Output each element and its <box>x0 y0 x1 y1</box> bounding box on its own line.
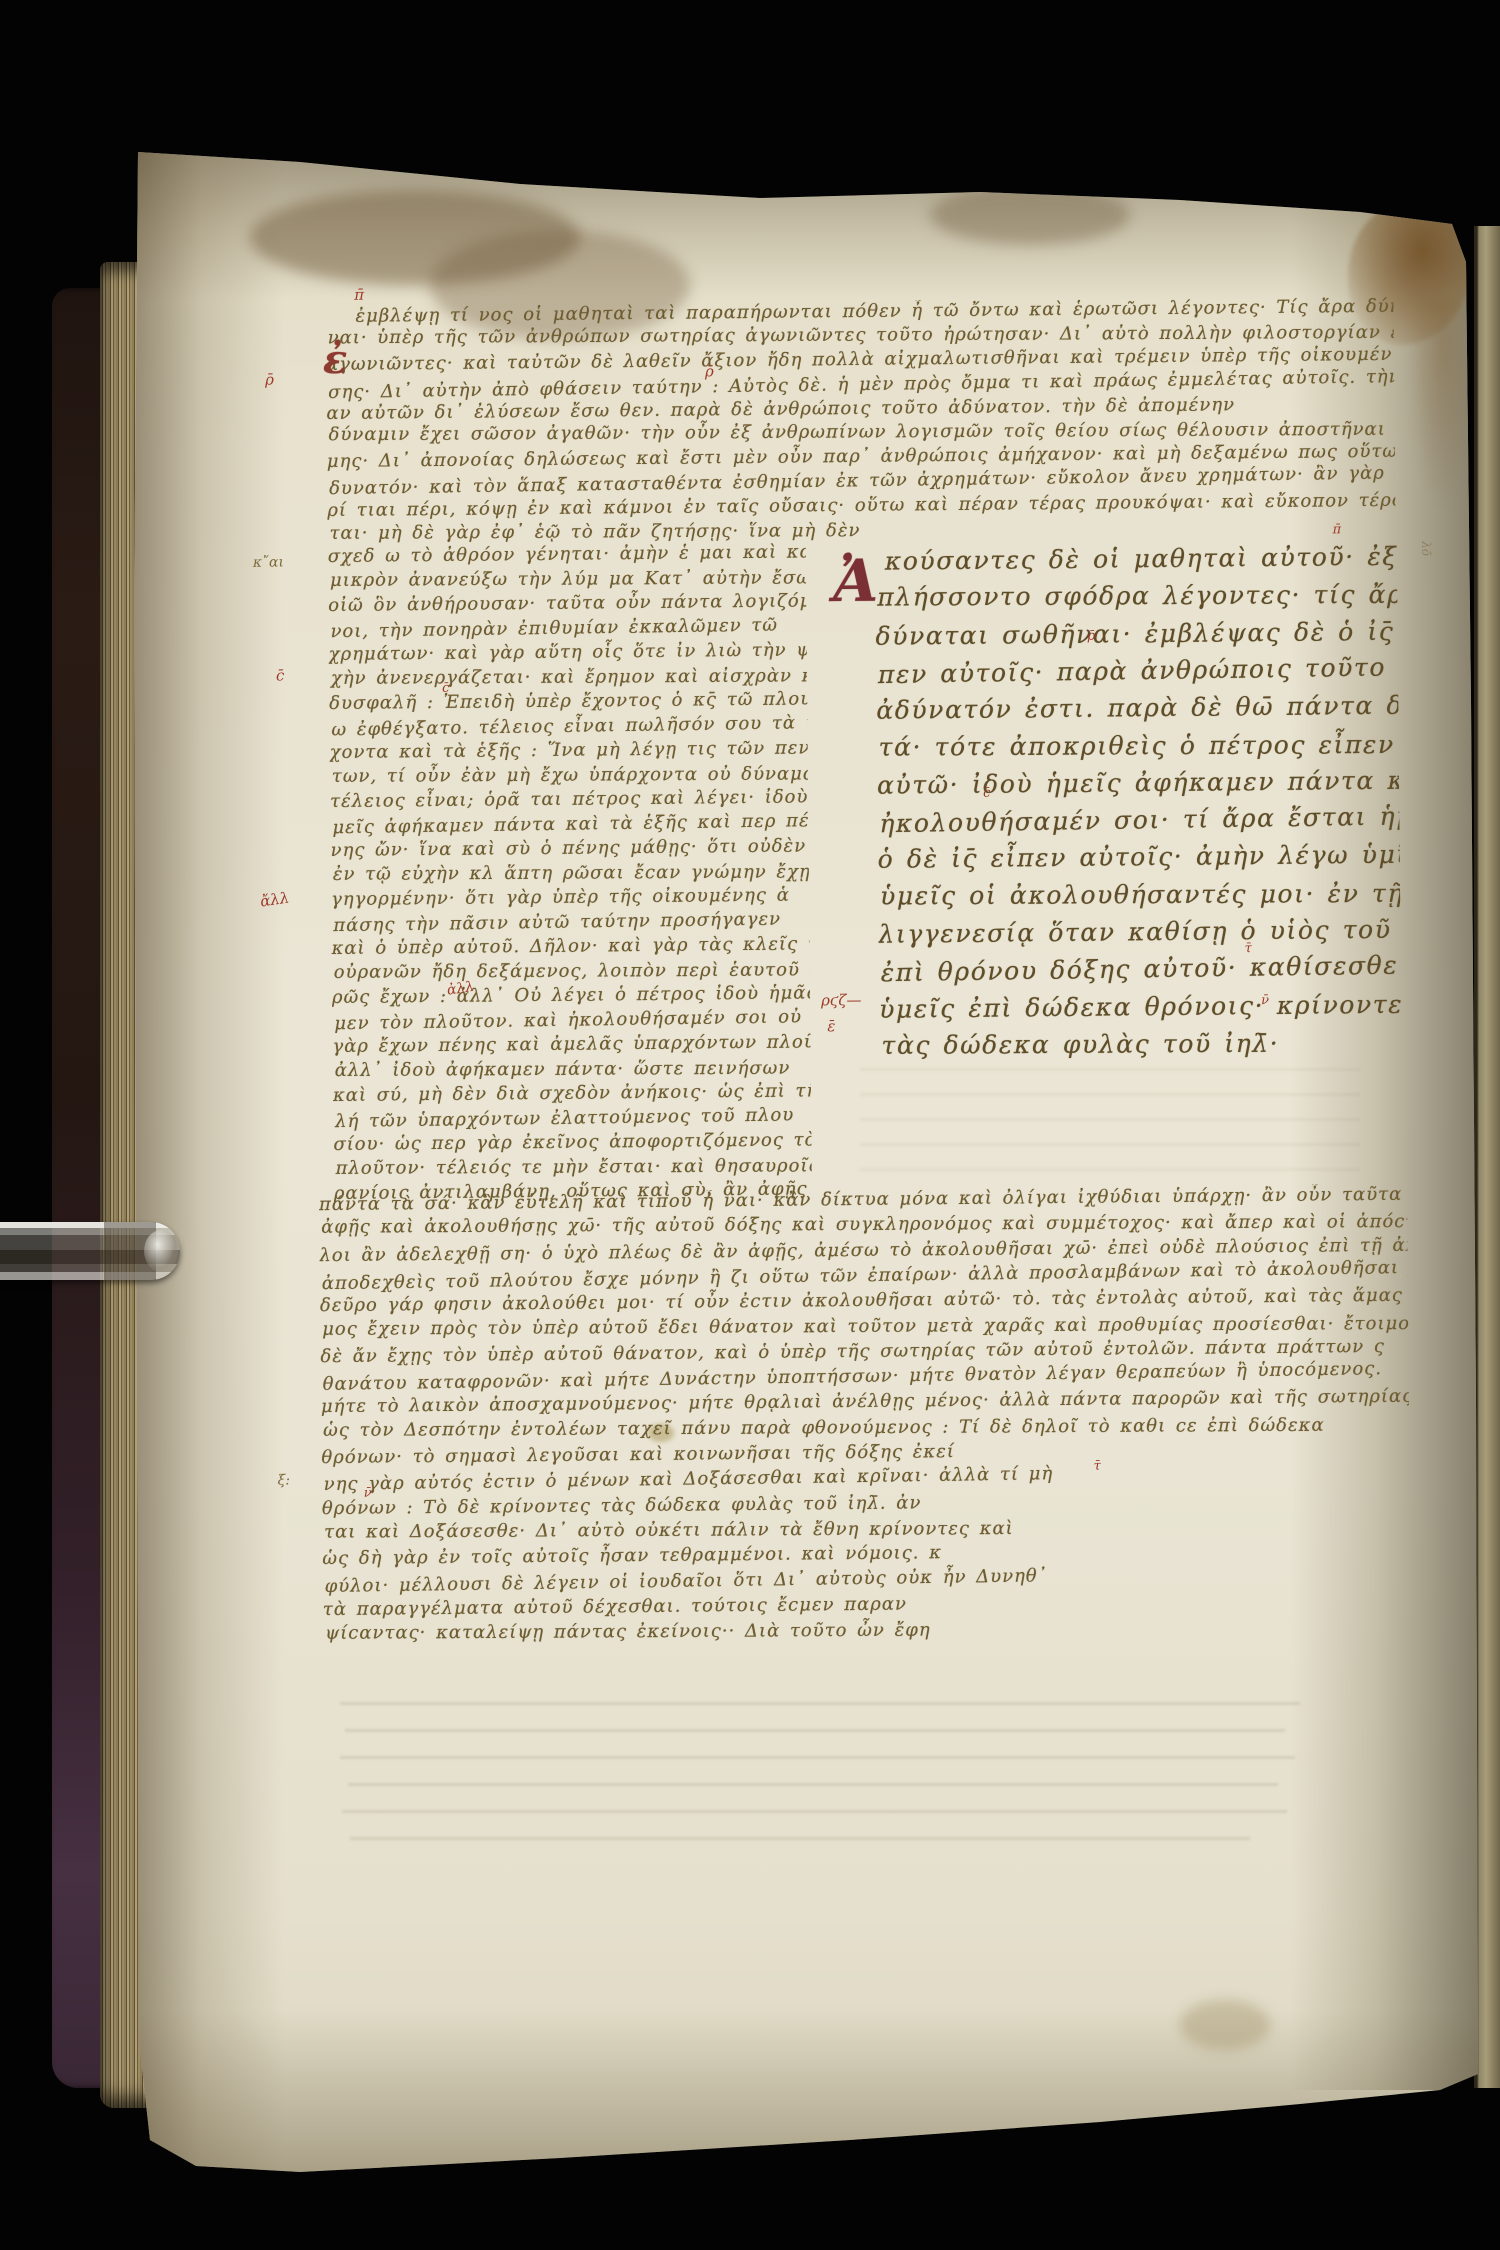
gospel-text-column-line-11: λιγγενεσίᾳ ὅταν καθίσῃ ὁ υἱὸς τοῦ ἀνο̄υ <box>878 914 1401 949</box>
eusebian-section-number: ρϛζ— <box>821 991 862 1009</box>
gospel-text-column-line-8: ἠκολουθήσαμέν σοι· τί ἄρα ἔσται ἡμῖν· <box>879 801 1402 838</box>
commentary-left-column-line-2: μικρὸν ἀνανεύξω τὴν λύμ μα Κατ᾽ αὐτὴν ἔσ… <box>330 567 812 591</box>
gospel-text-column-line-6: τά· τότε ἀποκριθεὶς ὁ πέτρος εἶπεν <box>879 729 1395 761</box>
page-holder-rod <box>0 1222 180 1280</box>
bottom-tau-mark: τ̄ <box>1093 1459 1100 1474</box>
kephalaion-number-mark: π̄ <box>354 286 364 304</box>
gospel-tau-mark: τ̄ <box>1244 941 1251 956</box>
commentary-left-column-line-7: δυσφαλῆ : Ἐπειδὴ ὑπὲρ ἔχοντος ὁ κς̄ τῶ π… <box>329 688 812 714</box>
commentary-bottom-block-line-14: ται καὶ Δοξάσεσθε· Δι᾽ αὐτὸ οὐκέτι πάλιν… <box>324 1518 1014 1543</box>
margin-kai-gloss: κ῎αι <box>253 554 284 570</box>
gospel-text-column-line-10: ὑμεῖς οἱ ἀκολουθήσαντές μοι· ἐν τῇ πα <box>880 878 1402 910</box>
inline-sigma-mark: ϲ̄ <box>442 681 449 696</box>
commentary-bottom-block: πάντα τὰ σά· κἂν εὐτελῆ καὶ τιποῦ ἦ ναι·… <box>319 1184 1411 1654</box>
commentary-left-column-line-23: καὶ σύ, μὴ δὲν διὰ σχεδὸν ἀνήκοις· ὡς ἐπ… <box>333 1080 812 1106</box>
gospel-kephalaion-mark: π̄ <box>1332 522 1341 537</box>
commentary-top-block: ἐμβλέψῃ τί νος οἱ μαθηταὶ ταὶ παραπήρωντ… <box>325 296 1395 552</box>
margin-rho-mark: ρ̄ <box>265 371 274 389</box>
commentary-left-column-line-16: πάσης τὴν πᾶσιν αὐτῶ ταύτην προσήγαγεν <box>333 908 781 936</box>
commentary-bottom-block-line-10: ὡς τὸν Δεσπότην ἐντολέων ταχεῖ πάνυ παρὰ… <box>323 1414 1325 1440</box>
commentary-bottom-block-line-18: ψίϲαντας· καταλείψῃ πάντας ἐκείνοις·· Δι… <box>325 1620 931 1644</box>
gospel-text-column-line-14: τὰς δώδεκα φυλὰς τοῦ ἰηλ̄· <box>881 1029 1279 1060</box>
gospel-sigma-mark: ϲ̄ <box>983 786 990 801</box>
gospel-rho-mark: ρ̄ <box>1087 629 1095 644</box>
commentary-left-column-line-15: γηγορμένην· ὅτι γὰρ ὑπὲρ τῆς οἰκουμένης … <box>331 885 790 910</box>
gospel-text-column-line-13: ὑμεῖς ἐπὶ δώδεκα θρόνοις· κρίνοντες <box>879 989 1402 1023</box>
margin-allo-mark: ἄλλ <box>259 888 291 910</box>
gospel-text-column: κούσαντες δὲ οἱ μαθηταὶ αὐτοῦ· ἐξεπλήσσο… <box>875 542 1402 1069</box>
margin-xi-mark: ξ: <box>278 1472 291 1488</box>
parchment-page: ἐμβλέψῃ τί νος οἱ μαθηταὶ ταὶ παραπήρωντ… <box>0 0 1500 2250</box>
commentary-bottom-block-line-15: ὡς δὴ γὰρ ἐν τοῖς αὐτοῖς ἦσαν τεθραμμένο… <box>322 1542 942 1569</box>
manuscript-photo: ἐμβλέψῃ τί νος οἱ μαθηταὶ ταὶ παραπήρωντ… <box>0 0 1500 2250</box>
gospel-text-column-line-9: ὁ δὲ ἰς̄ εἶπεν αὐτοῖς· ἀμὴν λέγω ὑμῖν· ὅ… <box>878 839 1402 874</box>
page-holder-rod-tip <box>144 1230 178 1272</box>
bottom-nu-mark: ν̄ <box>364 1486 372 1501</box>
gospel-text-column-line-1: κούσαντες δὲ οἱ μαθηταὶ αὐτοῦ· ἐξε <box>885 542 1402 576</box>
eusebian-canon-number: ε̄ <box>827 1017 835 1035</box>
commentary-left-column-line-18: οὐρανῶν ἤδη δεξάμενος, λοιπὸν περὶ ἑαυτο… <box>334 959 812 983</box>
commentary-left-column-line-11: τέλειος εἶναι; ὁρᾶ ται πέτρος καὶ λέγει·… <box>330 786 812 812</box>
commentary-left-column-line-10: των, τί οὖν ἐὰν μὴ ἔχω ὑπάρχοντα οὐ δύνα… <box>332 763 812 787</box>
commentary-left-column-line-24: λή τῶν ὑπαρχόντων ἐλαττούμενος τοῦ πλου <box>335 1104 794 1132</box>
commentary-bottom-block-line-6: μος ἔχειν πρὸς τὸν ὑπὲρ αὐτοῦ ἔδει θάνατ… <box>322 1312 1411 1339</box>
commentary-left-column-line-19: ρῶς ἔχων : ἀλλ᾽ Οὐ λέγει ὁ πέτρος ἰδοὺ ἡ… <box>332 982 812 1008</box>
rubric-initial-epsilon: ἐ <box>323 336 348 383</box>
commentary-left-column-line-9: χοντα καὶ τὰ ἑξῆς : Ἵνα μὴ λέγῃ τις τῶν … <box>330 737 813 763</box>
inline-rho-mark: ρ̄ <box>705 362 714 380</box>
commentary-bottom-block-line-17: τὰ παραγγέλματα αὐτοῦ δέχεσθαι. τούτοις … <box>323 1593 907 1620</box>
rubric-initial-alpha: Ἀ <box>833 547 879 615</box>
commentary-bottom-block-line-13: θρόνων : Τὸ δὲ κρίνοντες τὰς δώδεκα φυλὰ… <box>322 1492 922 1519</box>
commentary-left-column-line-6: χὴν ἀνενεργάζεται· καὶ ἔρημον καὶ αἰσχρὰ… <box>331 665 812 689</box>
commentary-left-column-line-13: νης ὤν· ἵνα καὶ σὺ ὁ πένης μάθῃς· ὅτι οὐ… <box>330 835 806 861</box>
text-layer: ἐμβλέψῃ τί νος οἱ μαθηταὶ ταὶ παραπήρωντ… <box>0 0 1500 2250</box>
gospel-text-column-line-4: πεν αὐτοῖς· παρὰ ἀνθρώποις τοῦτο <box>878 652 1386 689</box>
commentary-bottom-block-line-11: θρόνων· τὸ σημασὶ λεγοῦσαι καὶ κοινωνῆσα… <box>321 1441 955 1468</box>
margin-sigma-mark: ϲ̄ <box>276 666 285 684</box>
commentary-left-column-line-8: ω ἐφθέγξατο. τέλειος εἶναι πωλῆσόν σου τ… <box>331 711 812 740</box>
commentary-left-column-line-20: μεν τὸν πλοῦτον. καὶ ἠκολουθήσαμέν σοι ο… <box>334 1006 802 1034</box>
commentary-left-column-line-4: νοι, τὴν πονηρὰν ἐπιθυμίαν ἐκκαλῶμεν τῶ <box>330 614 778 642</box>
commentary-left-column-line-5: χρημάτων· καὶ γὰρ αὕτη οἷς ὅτε ἰν λιὼ τὴ… <box>329 639 812 665</box>
gospel-text-column-line-3: δύναται σωθῆναι· ἐμβλέψας δὲ ὁ ἰς̄ εἶ <box>875 616 1401 650</box>
commentary-left-column-line-12: μεῖς ἀφήκαμεν πάντα καὶ τὰ ἑξῆς καὶ περ … <box>332 810 810 838</box>
commentary-left-column-line-14: ἐν τῷ εὐχὴν κλ ἅπτη ρῶσαι ἔϲαν γνώμην ἔχ… <box>333 861 812 885</box>
commentary-left-column-line-22: ἀλλ᾽ ἰδοὺ ἀφήκαμεν πάντα· ὥστε πεινήσων <box>335 1057 791 1080</box>
commentary-left-column-line-21: γὰρ ἔχων πένης καὶ ἀμελᾶς ὑπαρχόντων πλο… <box>332 1031 812 1057</box>
gospel-text-column-line-7: αὐτῶ· ἰδοὺ ἡμεῖς ἀφήκαμεν πάντα καὶ <box>877 765 1402 799</box>
commentary-bottom-block-line-2: ἀφῇς καὶ ἀκολουθήσῃς χω̄· τῆς αὐτοῦ δόξη… <box>321 1211 1411 1238</box>
commentary-left-column-line-1: σχεδ ω τὸ ἀθρόον γένηται· ἀμὴν ἑ μαι καὶ… <box>328 541 812 567</box>
gospel-text-column-line-12: ἐπὶ θρόνου δόξης αὐτοῦ· καθίσεσθε καὶ <box>881 950 1402 988</box>
commentary-left-column: σχεδ ω τὸ ἀθρόον γένηται· ἀμὴν ἑ μαι καὶ… <box>328 541 812 1214</box>
commentary-bottom-block-line-16: φύλοι· μέλλουσι δὲ λέγειν οἱ ἰουδαῖοι ὅτ… <box>324 1565 1047 1597</box>
right-fore-edge <box>1474 226 1500 2088</box>
commentary-bottom-block-line-12: νης γὰρ αὐτός ἐϲτιν ὁ μένων καὶ Δοξάσεσθ… <box>324 1463 1054 1495</box>
commentary-left-column-line-3: οἰῶ ὃν ἀνθήρουσαν· ταῦτα οὖν πάντα λογιζ… <box>328 590 812 616</box>
commentary-left-column-line-17: καὶ ὁ ὑπὲρ αὐτοῦ. Δῆλον· καὶ γὰρ τὰς κλε… <box>331 933 812 959</box>
gospel-nu-mark: ν̄ <box>1261 993 1269 1008</box>
commentary-top-block-line-10: ται· μὴ δὲ γὰρ ἐφ᾽ ἑῷ τὸ πᾶν ζητήσῃς· ἵν… <box>329 520 860 544</box>
gospel-text-column-line-2: πλήσσοντο σφόδρα λέγοντες· τίς ἄρα <box>877 580 1402 612</box>
fore-edge-scribble: λο̃ <box>1419 541 1433 556</box>
gospel-text-column-line-5: ἀδύνατόν ἐστι. παρὰ δὲ θω̄ πάντα δυνα <box>876 690 1402 725</box>
commentary-left-column-line-25: σίου· ὡς περ γὰρ ἐκεῖνος ἀποφορτιζόμενος… <box>333 1129 812 1155</box>
commentary-left-column-line-26: πλοῦτον· τέλειός τε μὴν ἔσται· καὶ θησαυ… <box>336 1155 812 1179</box>
